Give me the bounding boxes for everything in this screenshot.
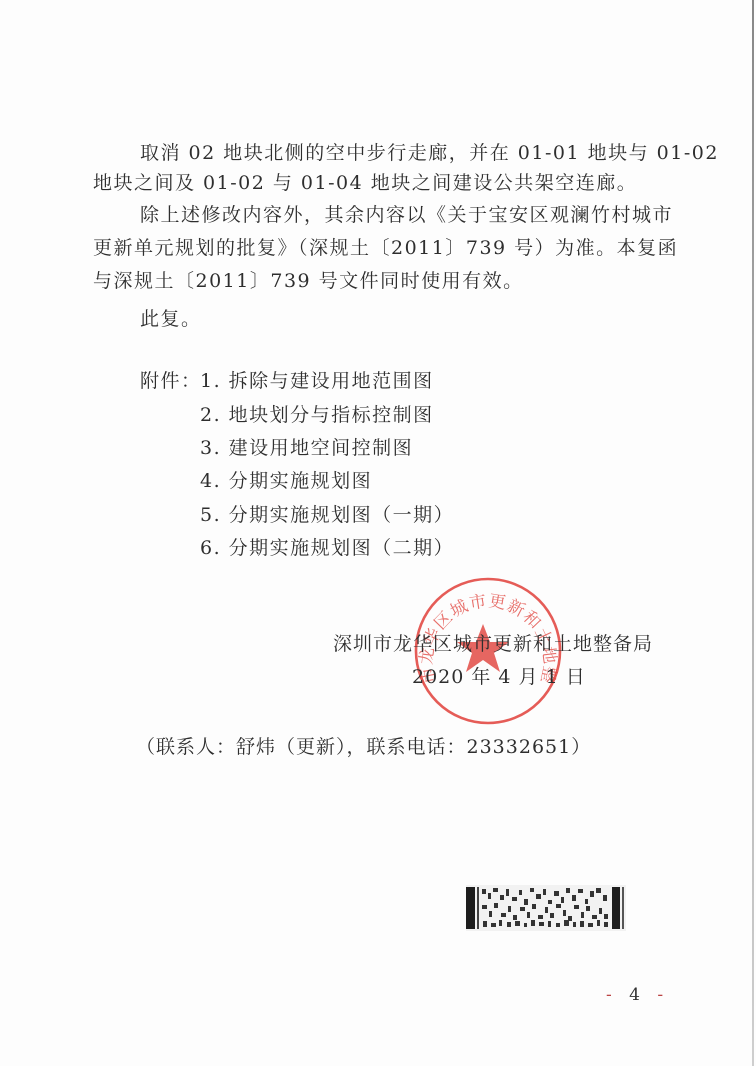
attachment-item: 6. 分期实施规划图（二期） bbox=[200, 536, 454, 560]
attachments-label: 附件： bbox=[140, 369, 202, 393]
page-number-left-dash: - bbox=[606, 985, 618, 1005]
paragraph-1-line-1: 取消 02 地块北侧的空中步行走廊，并在 01-01 地块与 01-02 bbox=[140, 141, 719, 165]
page-number: - 4 - bbox=[606, 985, 669, 1005]
attachment-item: 1. 拆除与建设用地范围图 bbox=[200, 369, 434, 393]
closing-text: 此复。 bbox=[140, 307, 202, 331]
attachment-item: 2. 地块划分与指标控制图 bbox=[200, 403, 434, 427]
attachment-item: 4. 分期实施规划图 bbox=[200, 469, 372, 493]
page-number-value: 4 bbox=[629, 985, 646, 1005]
paragraph-1-line-2: 地块之间及 01-02 与 01-04 地块之间建设公共架空连廊。 bbox=[93, 171, 637, 195]
attachment-item: 3. 建设用地空间控制图 bbox=[200, 436, 413, 460]
2d-barcode bbox=[466, 885, 626, 931]
contact-info: （联系人：舒炜（更新），联系电话：23332651） bbox=[136, 735, 591, 759]
signature-organization: 深圳市龙华区城市更新和土地整备局 bbox=[333, 632, 653, 656]
attachment-item: 5. 分期实施规划图（一期） bbox=[200, 503, 454, 527]
paragraph-2-line-2: 更新单元规划的批复》（深规土〔2011〕739 号）为准。本复函 bbox=[93, 236, 678, 260]
page-number-right-dash: - bbox=[657, 985, 669, 1005]
paragraph-2-line-1: 除上述修改内容外，其余内容以《关于宝安区观澜竹村城市 bbox=[140, 203, 673, 227]
paragraph-2-line-3: 与深规土〔2011〕739 号文件同时使用有效。 bbox=[93, 269, 524, 293]
page-edge bbox=[752, 0, 754, 1066]
signature-date: 2020 年 4 月 1 日 bbox=[412, 665, 586, 689]
